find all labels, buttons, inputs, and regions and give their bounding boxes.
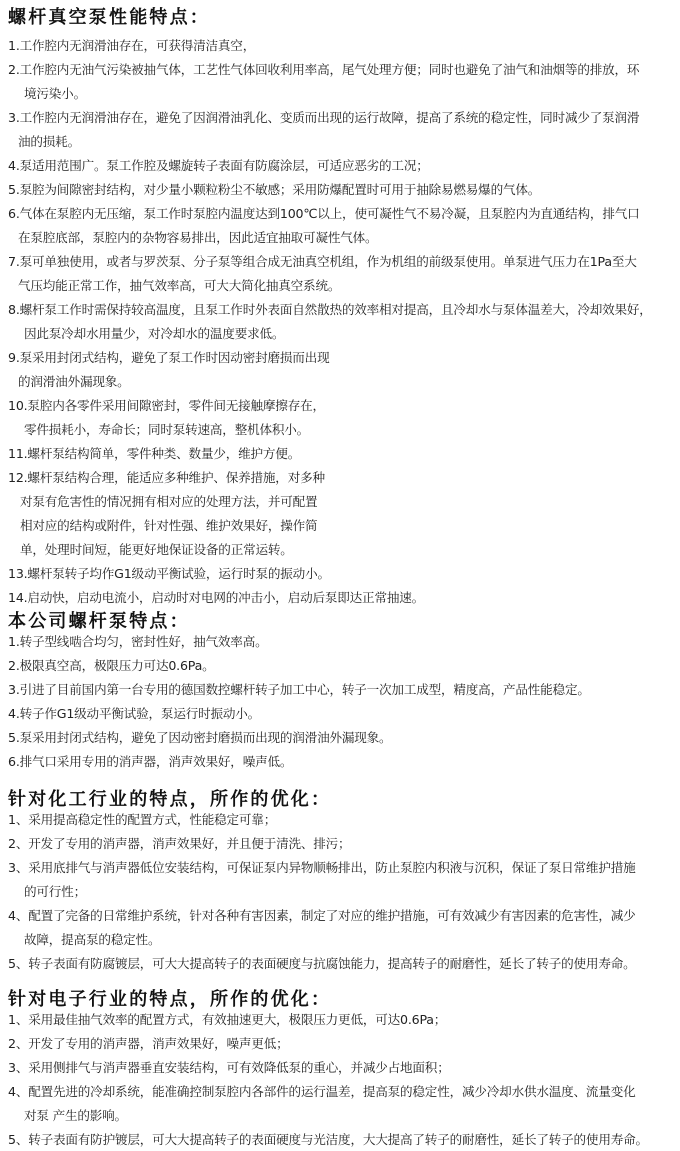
- list-item-continuation: 因此泵冷却水用量少，对冷却水的温度要求低。: [8, 322, 676, 346]
- list-item: 5.泵腔为间隙密封结构，对少量小颗粒粉尘不敏感；采用防爆配置时可用于抽除易燃易爆…: [8, 178, 676, 202]
- section-heading: 螺杆真空泵性能特点：: [8, 5, 676, 31]
- list-item: 3.引进了目前国内第一台专用的德国数控螺杆转子加工中心，转子一次加工成型，精度高…: [8, 678, 676, 702]
- list-item: 14.启动快，启动电流小，启动时对电网的冲击小，启动后泵即达正常抽速。: [8, 586, 676, 610]
- list-item: 11.螺杆泵结构简单，零件种类、数量少，维护方便。: [8, 442, 676, 466]
- list-item-continuation: 单，处理时间短，能更好地保证设备的正常运转。: [8, 538, 676, 562]
- list-item-continuation: 油的损耗。: [8, 130, 676, 154]
- list-item: 5.泵采用封闭式结构，避免了因动密封磨损而出现的润滑油外漏现象。: [8, 726, 676, 750]
- list-item-continuation: 对泵 产生的影响。: [8, 1104, 676, 1128]
- list-item-continuation: 相对应的结构或附件，针对性强、维护效果好，操作简: [8, 514, 676, 538]
- list-item: 4.泵适用范围广。泵工作腔及螺旋转子表面有防腐涂层，可适应恶劣的工况；: [8, 154, 676, 178]
- list-item-continuation: 气压均能正常工作，抽气效率高，可大大简化抽真空系统。: [8, 274, 676, 298]
- list-item: 5、转子表面有防护镀层，可大大提高转子的表面硬度与光洁度，大大提高了转子的耐磨性…: [8, 1128, 676, 1151]
- list-item: 2.工作腔内无油气污染被抽气体，工艺性气体回收利用率高，尾气处理方便；同时也避免…: [8, 58, 676, 82]
- list-item: 6.气体在泵腔内无压缩，泵工作时泵腔内温度达到100℃以上，使可凝性气不易冷凝，…: [8, 202, 676, 226]
- list-item: 10.泵腔内各零件采用间隙密封，零件间无接触摩擦存在，: [8, 394, 676, 418]
- list-item: 12.螺杆泵结构合理，能适应多种维护、保养措施，对多种: [8, 466, 676, 490]
- list-item: 9.泵采用封闭式结构，避免了泵工作时因动密封磨损而出现: [8, 346, 676, 370]
- list-item: 3.工作腔内无润滑油存在，避免了因润滑油乳化、变质而出现的运行故障，提高了系统的…: [8, 106, 676, 130]
- list-item: 3、采用底排气与消声器低位安装结构，可保证泵内异物顺畅排出，防止泵腔内积液与沉积…: [8, 856, 676, 880]
- section-screw-pump-performance: 螺杆真空泵性能特点：: [8, 5, 676, 31]
- list-item: 1.工作腔内无润滑油存在，可获得清洁真空，: [8, 34, 676, 58]
- list-item-continuation: 的可行性；: [8, 880, 676, 904]
- list-item: 8.螺杆泵工作时需保持较高温度，且泵工作时外表面自然散热的效率相对提高，且冷却水…: [8, 298, 676, 322]
- list-item: 1、采用最佳抽气效率的配置方式，有效抽速更大，极限压力更低，可达0.6Pa；: [8, 1008, 676, 1032]
- section-3-list: 1、采用提高稳定性的配置方式，性能稳定可靠； 2、开发了专用的消声器，消声效果好…: [8, 808, 676, 976]
- list-item: 4.转子作G1级动平衡试验，泵运行时振动小。: [8, 702, 676, 726]
- section-2-list: 1.转子型线啮合均匀，密封性好，抽气效率高。 2.极限真空高，极限压力可达0.6…: [8, 630, 676, 774]
- list-item: 4、配置先进的冷却系统，能准确控制泵腔内各部件的运行温差，提高泵的稳定性，减少冷…: [8, 1080, 676, 1104]
- list-item-continuation: 零件损耗小，寿命长；同时泵转速高，整机体积小。: [8, 418, 676, 442]
- list-item: 3、采用侧排气与消声器垂直安装结构，可有效降低泵的重心，并减少占地面积；: [8, 1056, 676, 1080]
- list-item: 5、转子表面有防腐镀层，可大大提高转子的表面硬度与抗腐蚀能力，提高转子的耐磨性，…: [8, 952, 676, 976]
- section-4-list: 1、采用最佳抽气效率的配置方式，有效抽速更大，极限压力更低，可达0.6Pa； 2…: [8, 1008, 676, 1151]
- list-item: 7.泵可单独使用，或者与罗茨泵、分子泵等组合成无油真空机组，作为机组的前级泵使用…: [8, 250, 676, 274]
- list-item: 1、采用提高稳定性的配置方式，性能稳定可靠；: [8, 808, 676, 832]
- list-item-continuation: 在泵腔底部，泵腔内的杂物容易排出，因此适宜抽取可凝性气体。: [8, 226, 676, 250]
- list-item: 1.转子型线啮合均匀，密封性好，抽气效率高。: [8, 630, 676, 654]
- list-item-continuation: 对泵有危害性的情况拥有相对应的处理方法，并可配置: [8, 490, 676, 514]
- list-item-continuation: 故障，提高泵的稳定性。: [8, 928, 676, 952]
- list-item: 6.排气口采用专用的消声器，消声效果好，噪声低。: [8, 750, 676, 774]
- list-item: 2.极限真空高，极限压力可达0.6Pa。: [8, 654, 676, 678]
- list-item: 2、开发了专用的消声器，消声效果好，噪声更低；: [8, 1032, 676, 1056]
- list-item: 4、配置了完备的日常维护系统，针对各种有害因素，制定了对应的维护措施，可有效减少…: [8, 904, 676, 928]
- list-item-continuation: 的润滑油外漏现象。: [8, 370, 676, 394]
- list-item: 13.螺杆泵转子均作G1级动平衡试验，运行时泵的振动小。: [8, 562, 676, 586]
- list-item: 2、开发了专用的消声器，消声效果好，并且便于清洗、排污；: [8, 832, 676, 856]
- section-1-list: 1.工作腔内无润滑油存在，可获得清洁真空， 2.工作腔内无油气污染被抽气体，工艺…: [8, 34, 676, 610]
- list-item-continuation: 境污染小。: [8, 82, 676, 106]
